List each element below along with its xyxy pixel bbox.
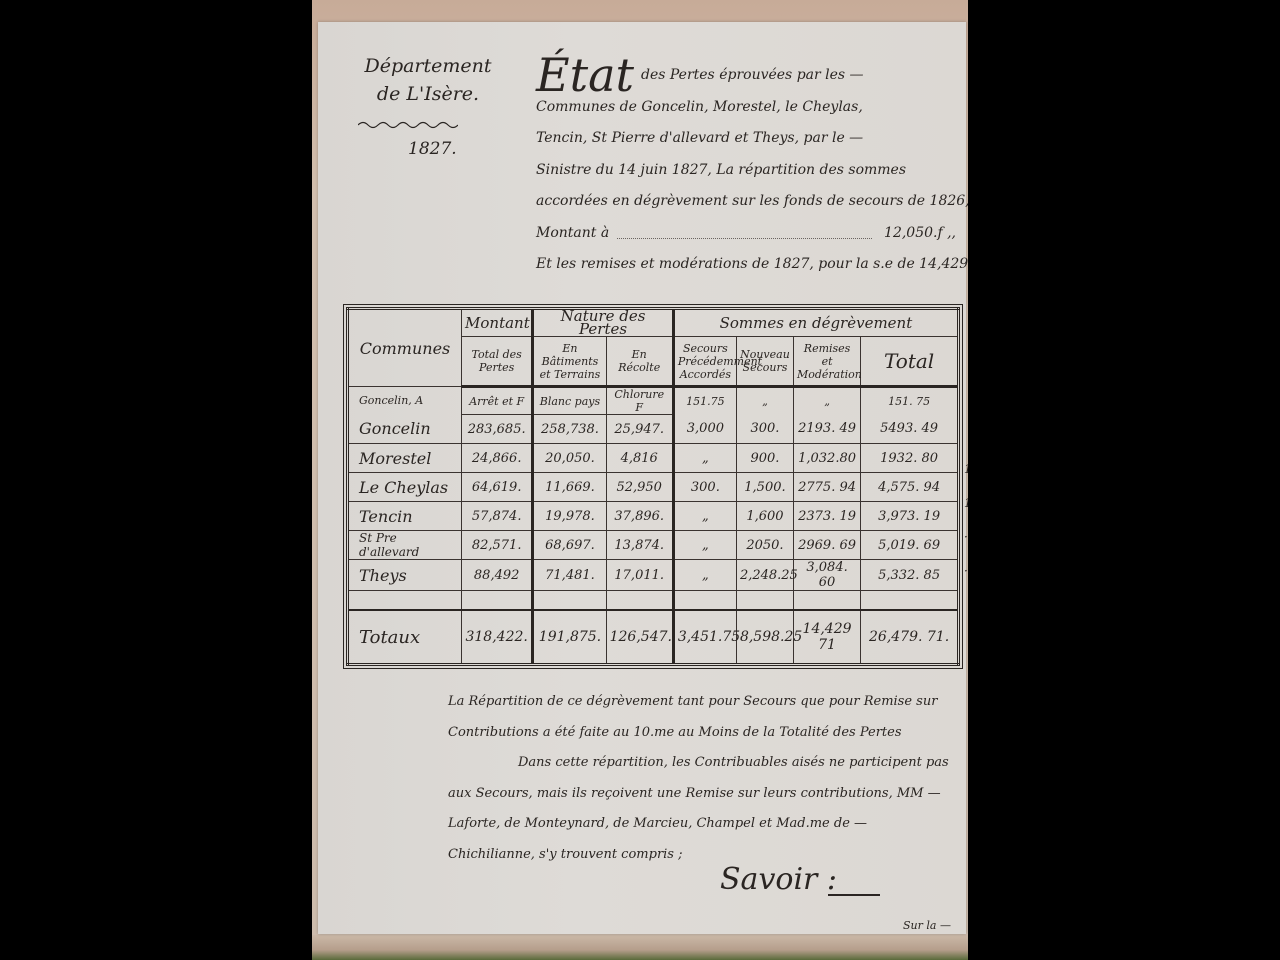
cell-total: 3,973. 19 xyxy=(861,502,959,531)
total-batiments: 191,875. xyxy=(533,610,606,665)
cell-total-pertes: 24,866. xyxy=(462,444,533,473)
table-row: Morestel 24,866. 20,050. 4,816 „ 900. 1,… xyxy=(348,444,959,473)
header-total-pertes: Total des Pertes xyxy=(462,337,533,387)
cell-remises: 3,084. 60 xyxy=(793,560,860,591)
header-communes: Communes xyxy=(348,309,462,387)
header-sommes-degrevement: Sommes en dégrèvement xyxy=(673,309,958,337)
cell-secours-precedents: „ xyxy=(673,560,736,591)
cell-recolte: 37,896. xyxy=(606,502,673,531)
cell-secours-precedents: 3,000 xyxy=(673,415,736,444)
heading-line: Communes de Goncelin, Morestel, le Cheyl… xyxy=(536,92,966,124)
closing-dash xyxy=(828,894,880,896)
heading-line: des Pertes éprouvées par les — xyxy=(536,60,966,92)
cell-remises: 2193. 49 xyxy=(793,415,860,444)
totals-label: Totaux xyxy=(348,610,462,665)
cell-recolte: 13,874. xyxy=(606,531,673,560)
heading-line: Sinistre du 14 juin 1827, La répartition… xyxy=(536,155,966,187)
header-batiments: En Bâtiments et Terrains xyxy=(533,337,606,387)
closing-word: Savoir : xyxy=(720,862,837,897)
commune-name: Theys xyxy=(348,560,462,591)
cell-total-pertes: 57,874. xyxy=(462,502,533,531)
cell-secours-precedents: „ xyxy=(673,444,736,473)
paragraph-line: La Répartition de ce dégrèvement tant po… xyxy=(448,687,958,718)
department-heading: Département de L'Isère. xyxy=(343,52,513,108)
cell-batiments: 258,738. xyxy=(533,415,606,444)
amount-label: Montant à xyxy=(536,218,609,250)
heading-line: accordées en dégrèvement sur les fonds d… xyxy=(536,186,966,218)
cell-recolte: 25,947. xyxy=(606,415,673,444)
department-label: Département xyxy=(364,55,491,77)
cell-nouveau-secours: 2,248.25 xyxy=(736,560,793,591)
cell-total-pertes: 88,492 xyxy=(462,560,533,591)
cell-total: 5493. 49 xyxy=(861,415,959,444)
cell-total-pertes: 64,619. xyxy=(462,473,533,502)
cell-total: 1932. 80 xyxy=(861,444,959,473)
paragraph-line: aux Secours, mais ils reçoivent une Remi… xyxy=(448,779,958,810)
paragraph-line: Contributions a été faite au 10.me au Mo… xyxy=(448,718,958,749)
totals-row: Totaux 318,422. 191,875. 126,547. 3,451.… xyxy=(348,610,959,665)
cell-batiments: 20,050. xyxy=(533,444,606,473)
wavy-flourish-icon xyxy=(358,119,458,131)
total-remises: 14,429 71 xyxy=(793,610,860,665)
department-name: de L'Isère. xyxy=(343,80,513,108)
header-nature-pertes: Nature des Pertes xyxy=(533,309,674,337)
cell-remises: 1,032.80 xyxy=(793,444,860,473)
total-grand: 26,479. 71. xyxy=(861,610,959,665)
cell-nouveau-secours: 2050. xyxy=(736,531,793,560)
cell-batiments: 71,481. xyxy=(533,560,606,591)
document-photo: Département de L'Isère. 1827. État des P… xyxy=(312,0,968,960)
table-row: St Pre d'allevard 82,571. 68,697. 13,874… xyxy=(348,531,959,560)
cell-remises: „ xyxy=(793,387,860,415)
commune-name: Le Cheylas xyxy=(348,473,462,502)
cell-batiments: 19,978. xyxy=(533,502,606,531)
cell-total: 5,332. 85 xyxy=(861,560,959,591)
commune-name: Tencin xyxy=(348,502,462,531)
repartition-paragraph: La Répartition de ce dégrèvement tant po… xyxy=(448,687,958,870)
commune-name: Goncelin, A xyxy=(348,387,462,415)
table-row: Goncelin 283,685. 258,738. 25,947. 3,000… xyxy=(348,415,959,444)
cell-nouveau-secours: 900. xyxy=(736,444,793,473)
header-nouveau-secours: Nouveau Secours xyxy=(736,337,793,387)
header-secours-precedents: Secours Précédemment Accordés xyxy=(673,337,736,387)
cell-total-pertes: Arrêt et F xyxy=(462,387,533,415)
cell-batiments: 11,669. xyxy=(533,473,606,502)
cell-total-pertes: 283,685. xyxy=(462,415,533,444)
cell-recolte: 4,816 xyxy=(606,444,673,473)
cell-total: 5,019. 69 xyxy=(861,531,959,560)
amount-value: 12,050.f ,, xyxy=(884,218,956,250)
cell-remises: 2775. 94 xyxy=(793,473,860,502)
cell-total: 151. 75 xyxy=(861,387,959,415)
cell-batiments: 68,697. xyxy=(533,531,606,560)
table-row: Goncelin, A Arrêt et F Blanc pays Chloru… xyxy=(348,387,959,415)
margin-mark: · xyxy=(964,554,968,588)
cell-remises: 2969. 69 xyxy=(793,531,860,560)
commune-name: St Pre d'allevard xyxy=(348,531,462,560)
cell-total-pertes: 82,571. xyxy=(462,531,533,560)
heading-text: des Pertes éprouvées par les — Communes … xyxy=(536,60,966,281)
total-nouveau-secours: 8,598.25 xyxy=(736,610,793,665)
header-montant: Montant xyxy=(462,309,533,337)
commune-name: Morestel xyxy=(348,444,462,473)
amount-line: Montant à 12,050.f ,, xyxy=(536,218,966,250)
table-row: Theys 88,492 71,481. 17,011. „ 2,248.25 … xyxy=(348,560,959,591)
margin-mark: 1 xyxy=(964,486,968,520)
cell-secours-precedents: „ xyxy=(673,531,736,560)
dotted-leader xyxy=(617,218,872,240)
remises-line: Et les remises et modérations de 1827, p… xyxy=(536,249,966,281)
year: 1827. xyxy=(408,139,457,159)
cell-secours-precedents: 300. xyxy=(673,473,736,502)
total-secours-precedents: 3,451.75 xyxy=(673,610,736,665)
header-remises: Remises et Modération xyxy=(793,337,860,387)
header-total: Total xyxy=(861,337,959,387)
cell-batiments: Blanc pays xyxy=(533,387,606,415)
commune-name: Goncelin xyxy=(348,415,462,444)
paragraph-line: Chichilianne, s'y trouvent compris ; xyxy=(448,840,958,871)
heading-line: Tencin, St Pierre d'allevard et Theys, p… xyxy=(536,123,966,155)
catchword: Sur la — xyxy=(903,919,951,932)
cell-total: 4,575. 94 xyxy=(861,473,959,502)
cell-nouveau-secours: 1,600 xyxy=(736,502,793,531)
manuscript-page: Département de L'Isère. 1827. État des P… xyxy=(318,22,966,934)
cell-recolte: Chlorure F xyxy=(606,387,673,415)
page-stack-edge xyxy=(312,935,968,960)
total-recolte: 126,547. xyxy=(606,610,673,665)
table-row: Le Cheylas 64,619. 11,669. 52,950 300. 1… xyxy=(348,473,959,502)
cell-secours-precedents: 151.75 xyxy=(673,387,736,415)
margin-mark: 1. xyxy=(964,452,968,486)
margin-mark: · xyxy=(964,520,968,554)
cell-nouveau-secours: „ xyxy=(736,387,793,415)
losses-table: Communes Montant Nature des Pertes Somme… xyxy=(346,307,960,666)
cell-nouveau-secours: 1,500. xyxy=(736,473,793,502)
margin-marks: 1. 1 · · xyxy=(964,452,968,588)
cell-recolte: 17,011. xyxy=(606,560,673,591)
header-recolte: En Récolte xyxy=(606,337,673,387)
cell-nouveau-secours: 300. xyxy=(736,415,793,444)
paragraph-line: Dans cette répartition, les Contribuable… xyxy=(448,748,958,779)
cell-remises: 2373. 19 xyxy=(793,502,860,531)
cell-recolte: 52,950 xyxy=(606,473,673,502)
cell-secours-precedents: „ xyxy=(673,502,736,531)
table-separator-row xyxy=(348,591,959,611)
total-total-pertes: 318,422. xyxy=(462,610,533,665)
paragraph-line: Laforte, de Monteynard, de Marcieu, Cham… xyxy=(448,809,958,840)
table-header-row: Communes Montant Nature des Pertes Somme… xyxy=(348,309,959,337)
table-row: Tencin 57,874. 19,978. 37,896. „ 1,600 2… xyxy=(348,502,959,531)
